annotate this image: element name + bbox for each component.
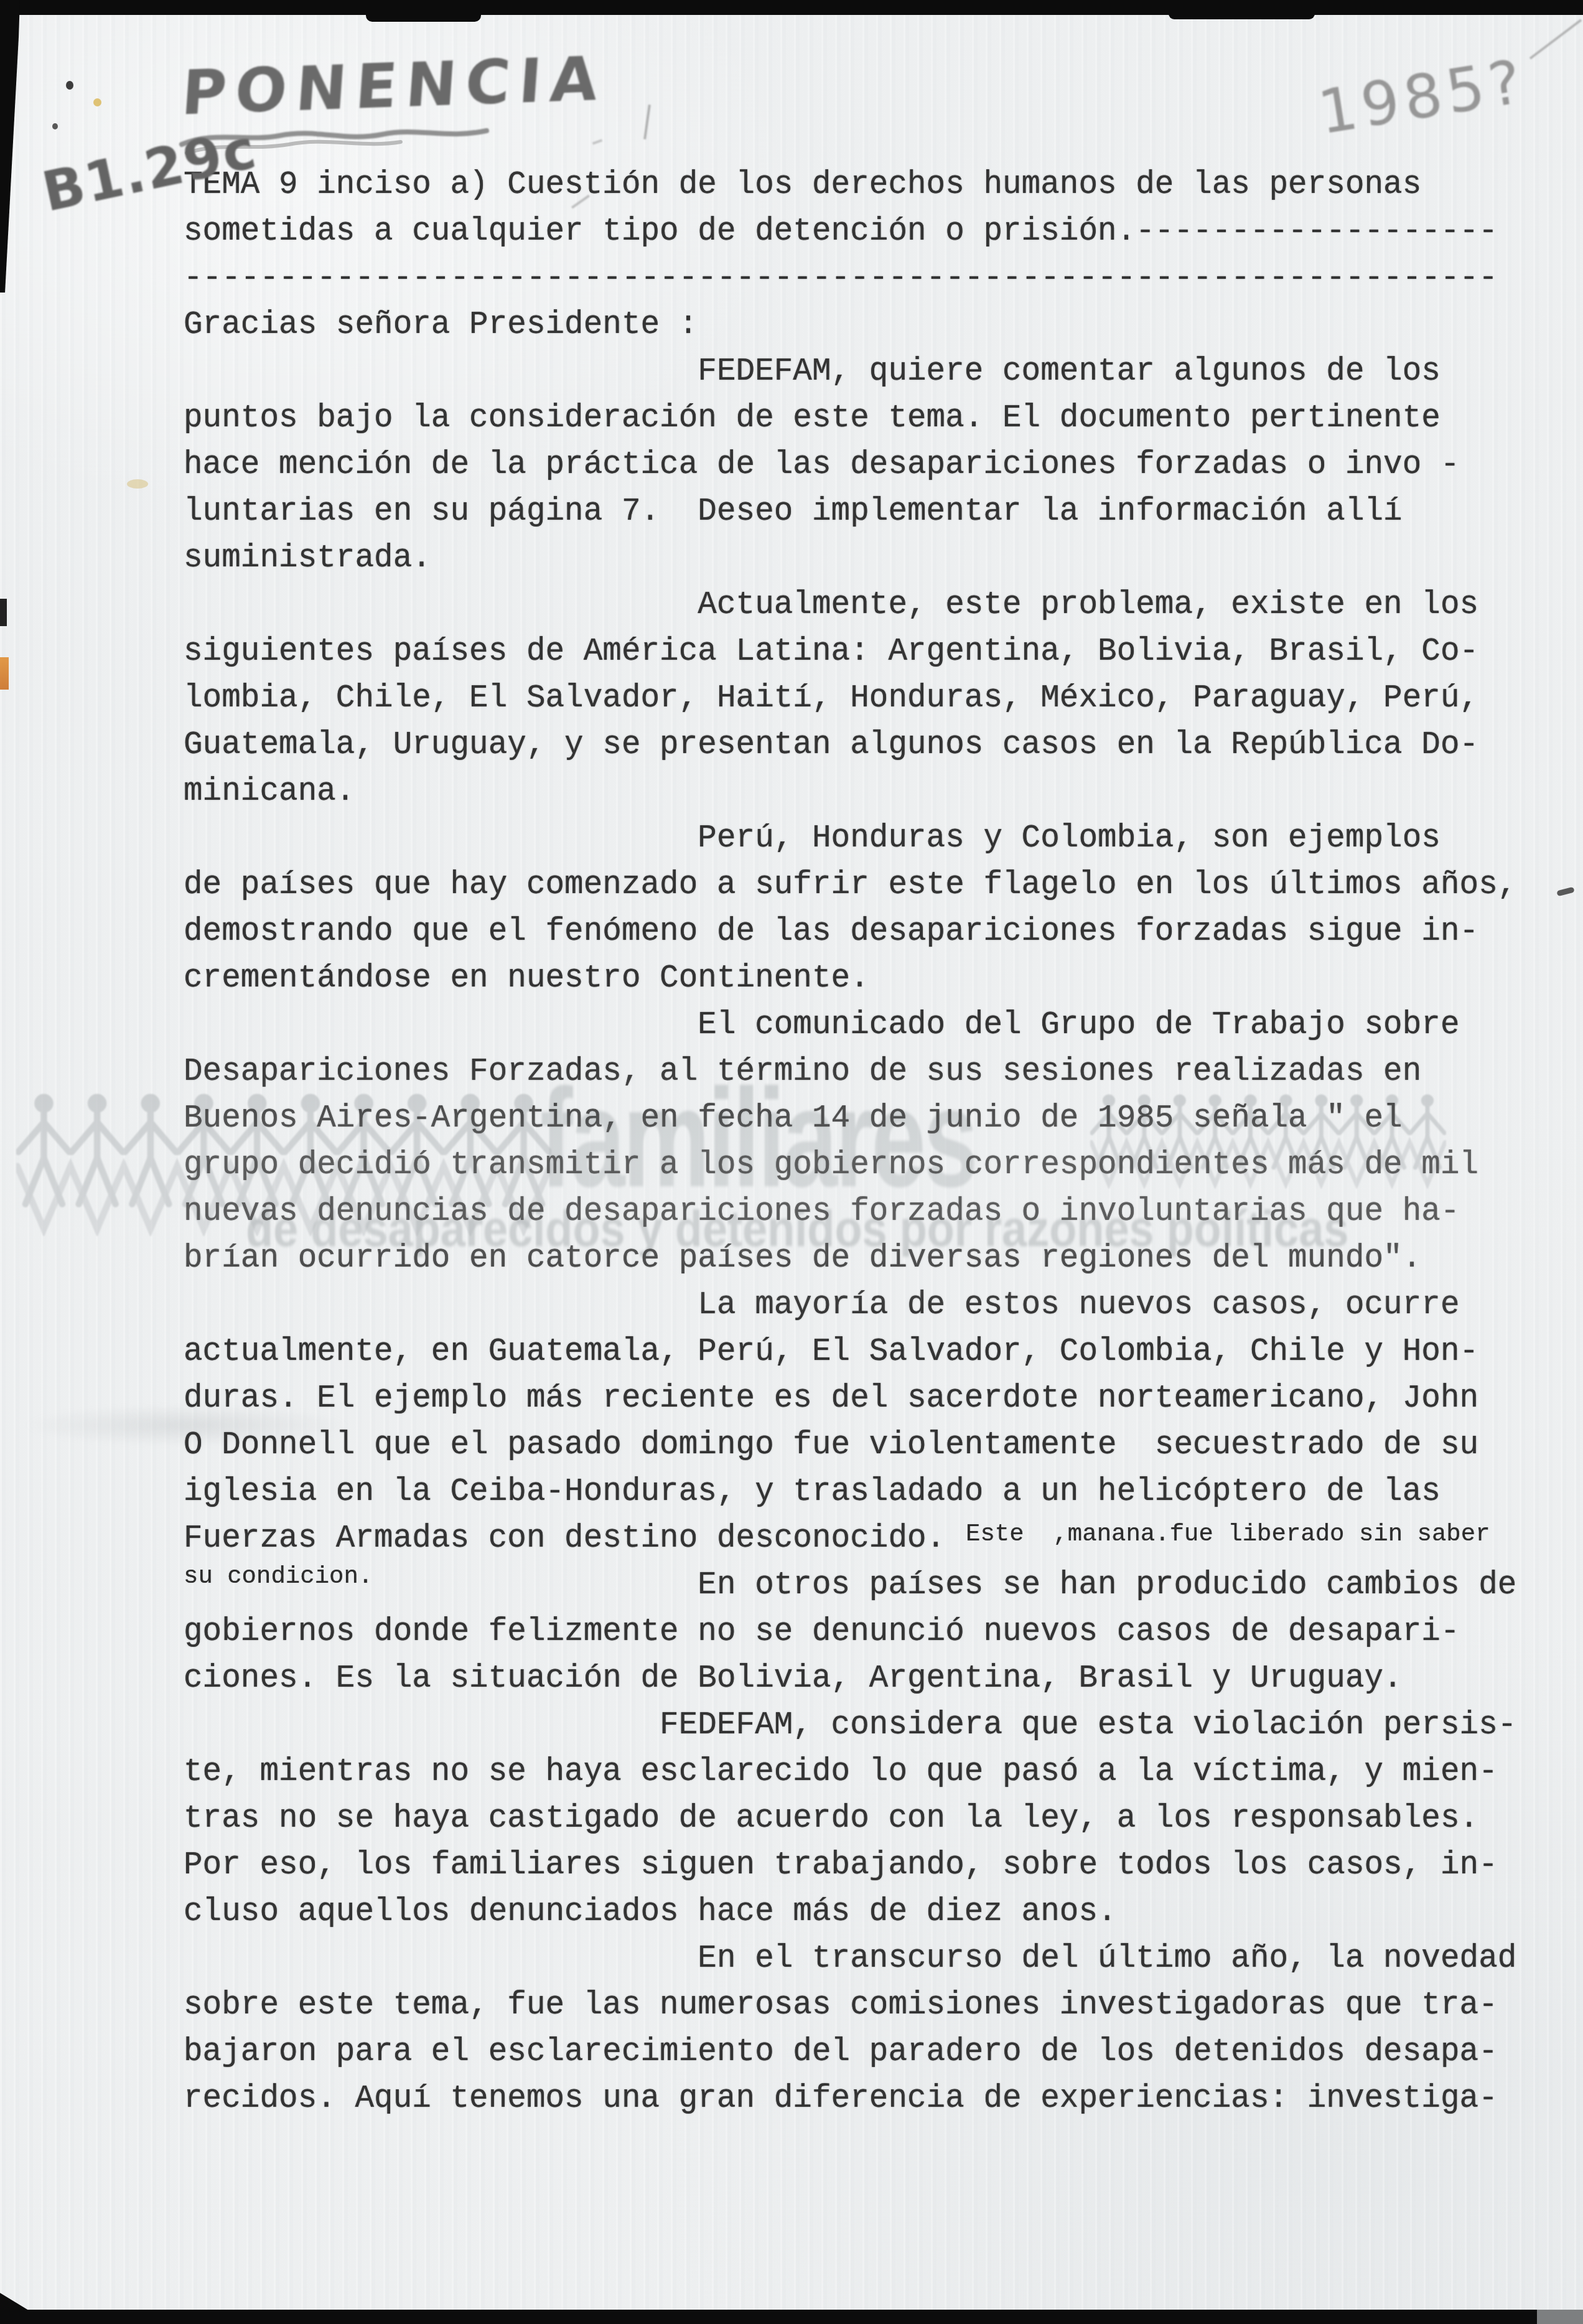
typed-line: Guatemala, Uruguay, y se presentan algun… [184,722,1516,769]
typed-late-insert-2: su condicion. [184,1565,373,1589]
typed-line: bajaron para el esclarecimiento del para… [184,2029,1516,2076]
typed-line: siguientes países de América Latina: Arg… [184,629,1516,675]
typed-line: puntos bajo la consideración de este tem… [184,395,1516,442]
typed-line: lombia, Chile, El Salvador, Haití, Hondu… [184,675,1516,722]
typed-line: iglesia en la Ceiba-Honduras, y traslada… [184,1469,1516,1516]
typed-line: grupo decidió transmitir a los gobiernos… [184,1142,1516,1189]
pencil-tick [592,139,602,144]
ink-dot [52,123,58,129]
typed-line: nuevas denuncias de desapariciones forza… [184,1189,1516,1235]
scan-edge-stain [0,657,9,690]
typed-line: demostrando que el fenómeno de las desap… [184,909,1516,955]
scan-edge-top [0,0,1583,15]
typed-line: recidos. Aquí tenemos una gran diferenci… [184,2076,1516,2122]
typed-line: suministrada. [184,535,1516,582]
scan-edge-fleck [0,599,7,626]
typed-line: Actualmente, este problema, existe en lo… [184,582,1516,629]
typed-late-insert-1: Este ,manana.fue liberado sin saber [966,1522,1490,1547]
scanned-document-page: familiares de desaparecidos y detenidos … [0,0,1583,2324]
typed-line: Buenos Aires-Argentina, en fecha 14 de j… [184,1095,1516,1142]
typed-line: Gracias señora Presidente : [184,302,1516,349]
pencil-corner-stroke [1528,15,1583,65]
typed-line: El comunicado del Grupo de Trabajo sobre [184,1002,1516,1049]
typed-line: hace mención de la práctica de las desap… [184,442,1516,489]
scan-edge-left [0,0,25,299]
margin-ink-mark [1556,887,1574,897]
typed-line: te, mientras no se haya esclarecido lo q… [184,1749,1516,1796]
scan-edge-notch [366,0,481,22]
typed-line: FEDEFAM, quiere comentar algunos de los [184,349,1516,395]
typed-line: brían ocurrido en catorce países de dive… [184,1235,1516,1282]
paper-stain [127,479,148,489]
ink-dot [66,81,73,90]
typed-line: ----------------------------------------… [184,255,1516,302]
scan-edge-bottom [0,2310,1583,2324]
typed-line: Perú, Honduras y Colombia, son ejemplos [184,815,1516,862]
typed-line: En otros países se han producido cambios… [184,1562,1516,1609]
scan-edge-bottom-gray [1537,2310,1583,2324]
typed-line: de países que hay comenzado a sufrir est… [184,862,1516,909]
paper-stain [93,98,101,106]
typed-line: ciones. Es la situación de Bolivia, Arge… [184,1656,1516,1702]
scan-edge-corner [0,2293,29,2310]
typed-line: TEMA 9 inciso a) Cuestión de los derecho… [184,162,1516,209]
typed-line: luntarias en su página 7. Deseo implemen… [184,489,1516,535]
pencil-tick [643,105,651,139]
typed-line: Desapariciones Forzadas, al término de s… [184,1049,1516,1095]
typed-line: sobre este tema, fue las numerosas comis… [184,1982,1516,2029]
handwritten-year-note: 1985? [1314,46,1531,148]
typed-line: sometidas a cualquier tipo de detención … [184,209,1516,255]
typed-text: TEMA 9 inciso a) Cuestión de los derecho… [184,162,1516,2122]
typed-line: duras. El ejemplo más reciente es del sa… [184,1375,1516,1422]
typed-line: cluso aquellos denunciados hace más de d… [184,1889,1516,1936]
typed-line: Por eso, los familiares siguen trabajand… [184,1842,1516,1889]
typed-line: tras no se haya castigado de acuerdo con… [184,1796,1516,1842]
typed-line: minicana. [184,769,1516,815]
typed-line: gobiernos donde felizmente no se denunci… [184,1609,1516,1656]
typed-line: En el transcurso del último año, la nove… [184,1936,1516,1982]
scan-edge-notch [1169,0,1315,19]
typed-line: O Donnell que el pasado domingo fue viol… [184,1422,1516,1469]
typed-line: FEDEFAM, considera que esta violación pe… [184,1702,1516,1749]
typed-line: La mayoría de estos nuevos casos, ocurre [184,1282,1516,1329]
typed-line: crementándose en nuestro Continente. [184,955,1516,1002]
typed-line: actualmente, en Guatemala, Perú, El Salv… [184,1329,1516,1375]
